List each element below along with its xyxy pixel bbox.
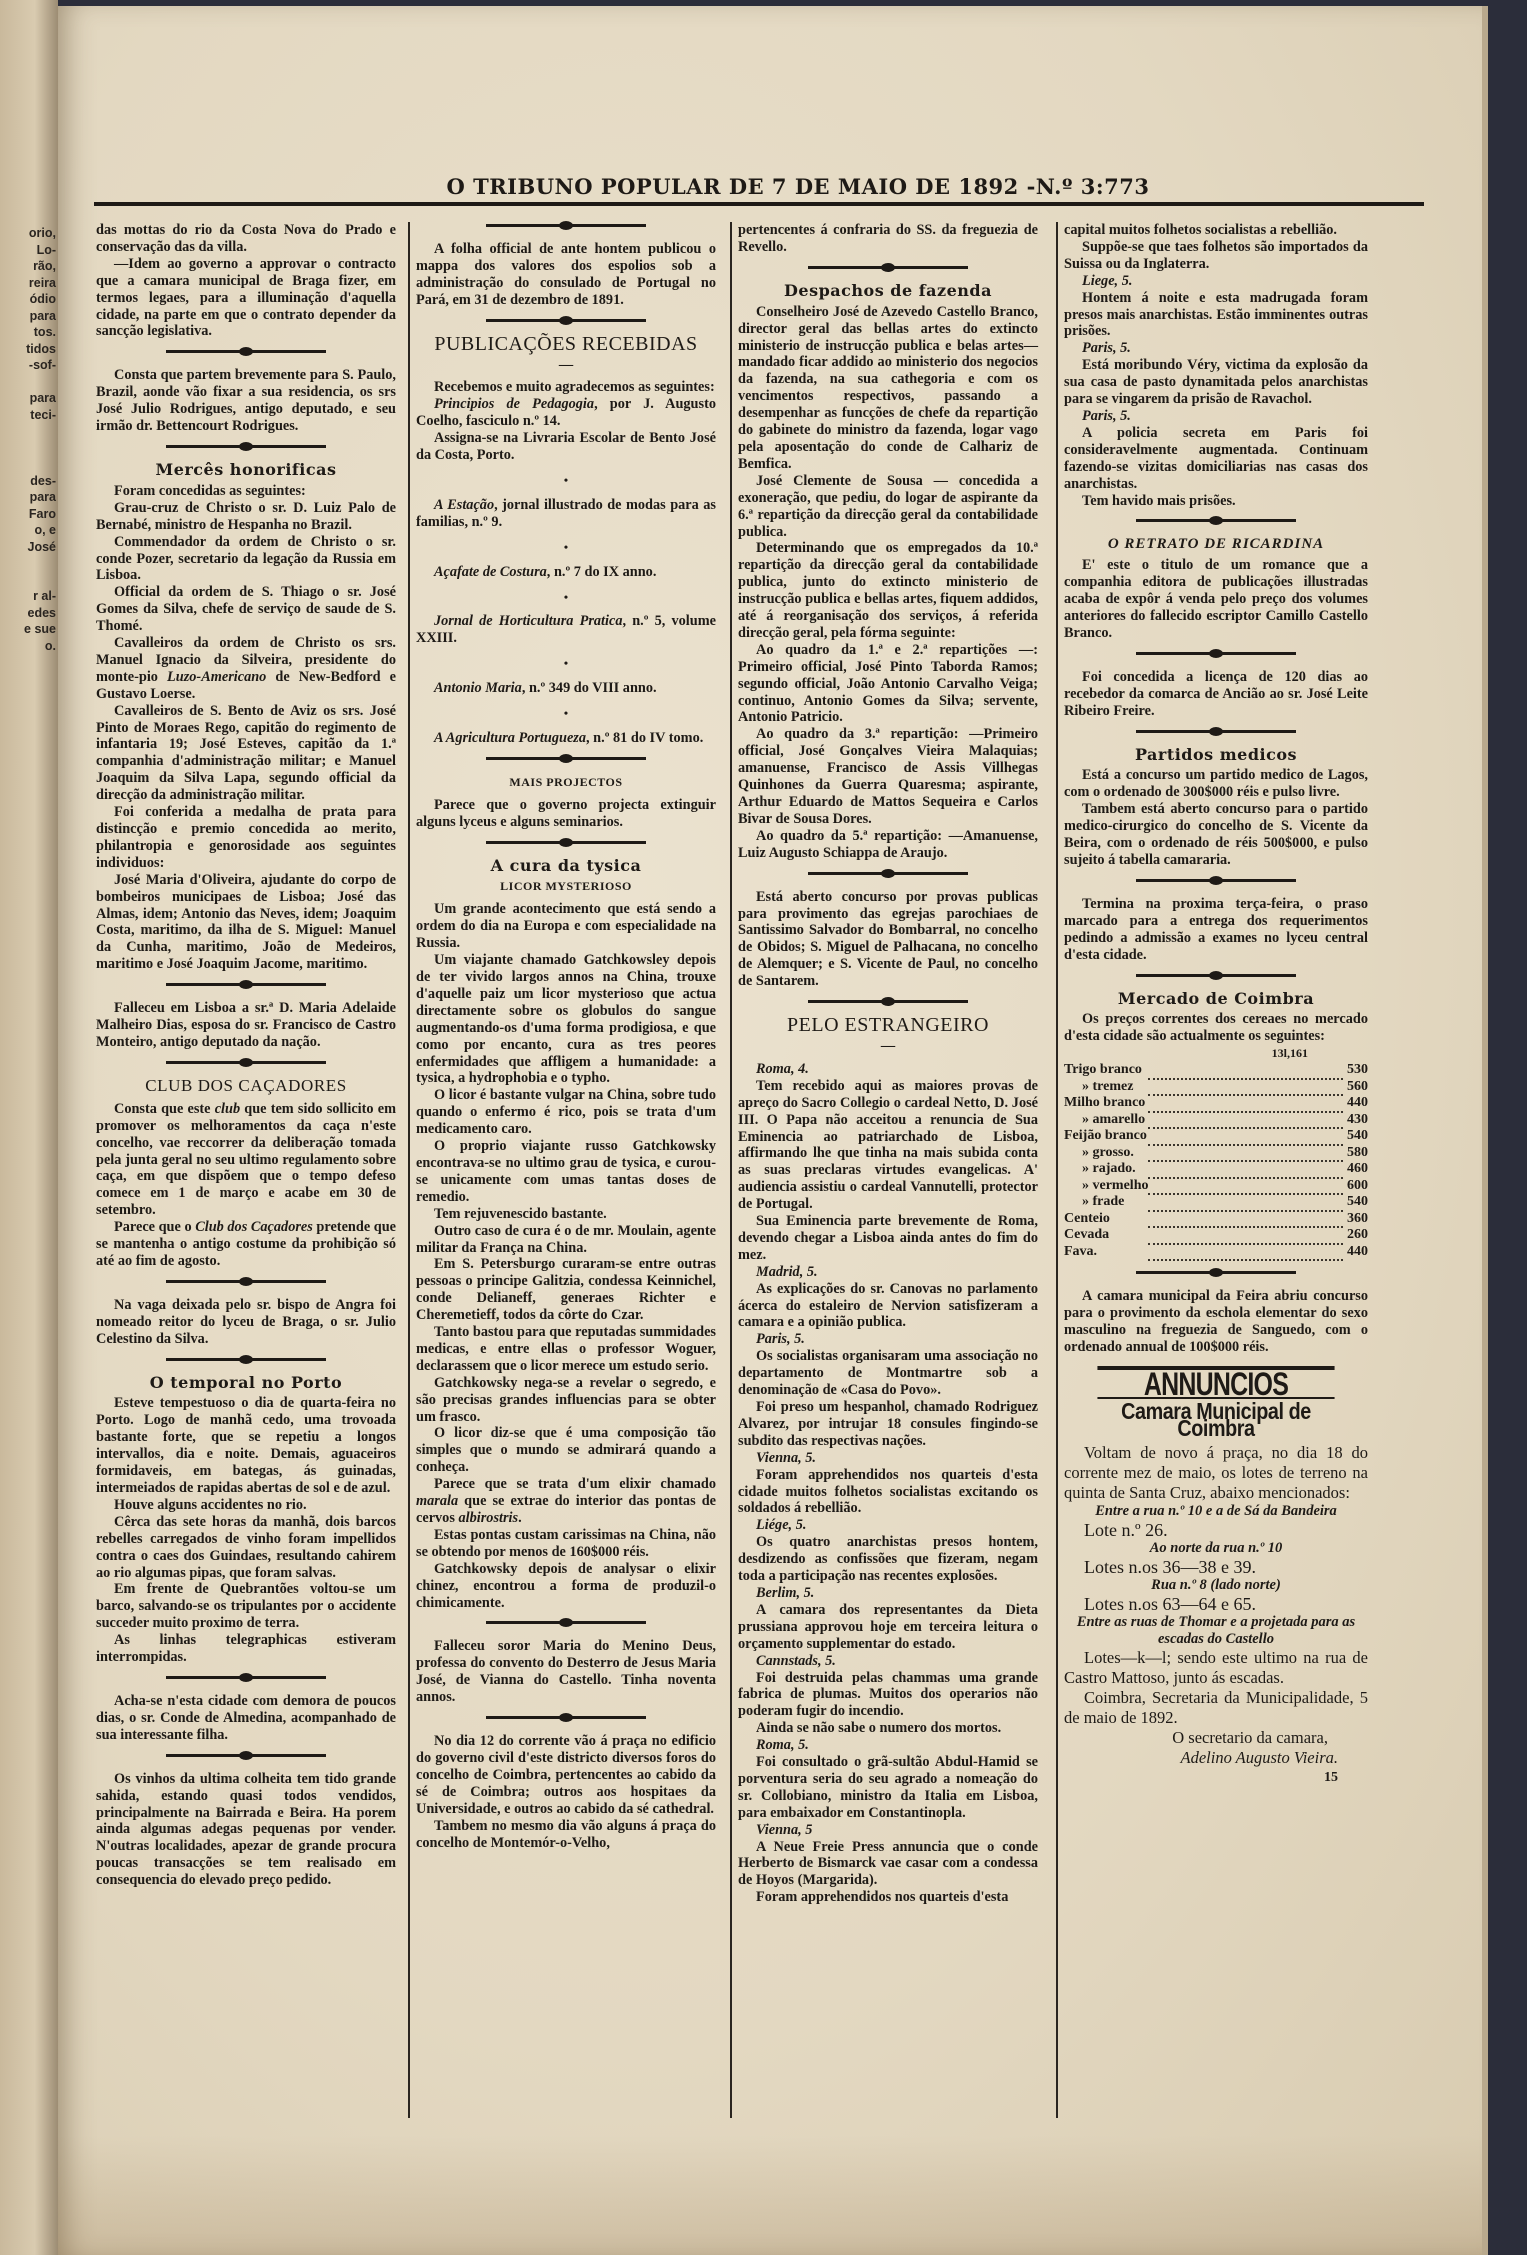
- article-text: José Maria d'Oliveira, ajudante do corpo…: [96, 872, 396, 973]
- article-text: Conselheiro José de Azevedo Castello Bra…: [738, 304, 1038, 473]
- section-heading-club: CLUB DOS CAÇADORES: [96, 1078, 396, 1095]
- price-label: Feijão branco: [1064, 1128, 1148, 1145]
- price-value: 460: [1343, 1161, 1368, 1178]
- text-fragment: Lo-: [2, 242, 56, 259]
- text-fragment: orio,: [2, 225, 56, 242]
- column-4: capital muitos folhetos socialistas a re…: [1064, 222, 1368, 1788]
- article-text: Em frente de Quebrantões voltou-se um ba…: [96, 1581, 396, 1632]
- article-text: José Clemente de Sousa — concedida a exo…: [738, 473, 1038, 541]
- price-label: » grosso.: [1064, 1145, 1148, 1162]
- article-text: Tem rejuvenescido bastante.: [416, 1206, 716, 1223]
- bullet-separator: •: [416, 539, 716, 556]
- article-text: Ao quadro da 1.ª e 2.ª repartições —: Pr…: [738, 642, 1038, 727]
- leader-dots: [1148, 1222, 1343, 1239]
- camara-heading: Camara Municipal de Coimbra: [1085, 1403, 1346, 1437]
- news-text: Tem havido mais prisões.: [1064, 493, 1368, 510]
- news-dateline: Vienna, 5: [738, 1822, 1038, 1839]
- article-text: Um grande acontecimento que está sendo a…: [416, 901, 716, 952]
- column-2: A folha official de ante hontem publicou…: [416, 222, 716, 1851]
- ornament-divider: [1136, 879, 1296, 882]
- price-label: Cevada: [1064, 1227, 1148, 1244]
- section-heading-cura: A cura da tysica: [416, 858, 716, 875]
- news-dateline: Cannstads, 5.: [738, 1653, 1038, 1670]
- publication-title: Açafate de Costura: [434, 564, 547, 580]
- publication-title: Jornal de Horticultura Pratica: [434, 613, 622, 629]
- article-text: Houve alguns accidentes no rio.: [96, 1497, 396, 1514]
- text-fragment: [2, 572, 56, 589]
- article-text: O licor é bastante vulgar na China, sobr…: [416, 1087, 716, 1138]
- publication-title: Antonio Maria: [434, 680, 522, 696]
- leader-dots: [1148, 1189, 1343, 1206]
- article-text: Foi conferida a medalha de prata para di…: [96, 804, 396, 872]
- text-fragment: des-: [2, 473, 56, 490]
- price-value: 440: [1343, 1244, 1368, 1261]
- ornament-divider: [1136, 974, 1296, 977]
- article-text: Suppõe-se que taes folhetos são importad…: [1064, 239, 1368, 273]
- publication-item: Principios de Pedagogia, por J. Augusto …: [416, 396, 716, 430]
- text-fragment: ódio: [2, 291, 56, 308]
- article-text: Acha-se n'esta cidade com demora de pouc…: [96, 1693, 396, 1744]
- leader-dots: [1148, 1057, 1343, 1074]
- foreign-news-list-cont: Liege, 5.Hontem á noite e esta madrugada…: [1064, 273, 1368, 510]
- price-value: 580: [1343, 1145, 1368, 1162]
- price-value: 440: [1343, 1095, 1368, 1112]
- column-3: pertencentes á confraria do SS. da fregu…: [738, 222, 1038, 1906]
- text-fragment: [2, 374, 56, 391]
- cura-article-end: Estas pontas custam carissimas na China,…: [416, 1527, 716, 1612]
- article-text: Consta que partem brevemente para S. Pau…: [96, 367, 396, 435]
- article-text: Parece que o governo projecta extinguir …: [416, 797, 716, 831]
- article-text: Está a concurso um partido medico de Lag…: [1064, 767, 1368, 801]
- article-text: As linhas telegraphicas estiveram interr…: [96, 1632, 396, 1666]
- ornament-divider: [166, 350, 326, 353]
- ad-signature-title: O secretario da camara,: [1064, 1728, 1368, 1748]
- article-text: Cavalleiros de S. Bento de Aviz os srs. …: [96, 703, 396, 804]
- news-text: Sua Eminencia parte brevemente de Roma, …: [738, 1213, 1038, 1264]
- news-text: A policia secreta em Paris foi considera…: [1064, 425, 1368, 493]
- publication-title: A Agricultura Portugueza: [434, 730, 586, 746]
- bullet-separator: •: [416, 655, 716, 672]
- section-heading-despachos: Despachos de fazenda: [738, 283, 1038, 300]
- news-text: Hontem á noite e esta madrugada foram pr…: [1064, 290, 1368, 341]
- leader-dots: [1148, 1239, 1343, 1256]
- article-text: Em S. Petersburgo curaram-se entre outra…: [416, 1256, 716, 1324]
- price-label: Milho branco: [1064, 1095, 1148, 1112]
- ornament-divider: [1136, 519, 1296, 522]
- ad-lot: Lote n.º 26.: [1064, 1520, 1368, 1540]
- article-text: Tambem no mesmo dia vão alguns á praça d…: [416, 1818, 716, 1852]
- news-dateline: Liege, 5.: [1064, 273, 1368, 290]
- article-text: A camara municipal da Feira abriu concur…: [1064, 1288, 1368, 1356]
- subheading-licor: LICOR MYSTERIOSO: [416, 878, 716, 895]
- ornament-divider: [808, 1000, 968, 1003]
- article-text: A folha official de ante hontem publicou…: [416, 241, 716, 309]
- article-text: Official da ordem de S. Thiago o sr. Jos…: [96, 584, 396, 635]
- news-text: Foi consultado o grã-sultão Abdul-Hamid …: [738, 1754, 1038, 1822]
- ad-location: Entre a rua n.º 10 e a de Sá da Bandeira: [1064, 1503, 1368, 1520]
- text-fragment: r al-: [2, 588, 56, 605]
- article-text: Os preços correntes dos cereaes no merca…: [1064, 1011, 1368, 1045]
- publication-item: A Agricultura Portugueza, n.º 81 do IV t…: [416, 730, 716, 747]
- ornament-divider: [486, 224, 646, 227]
- column-divider: [1056, 222, 1058, 2118]
- news-dateline: Liége, 5.: [738, 1517, 1038, 1534]
- newspaper-page: O TRIBUNO POPULAR DE 7 DE MAIO DE 1892 -…: [58, 6, 1488, 2255]
- article-text: Esteve tempestuoso o dia de quarta-feira…: [96, 1395, 396, 1496]
- heading-dash: —: [738, 1038, 1038, 1055]
- text-fragment: Faro: [2, 506, 56, 523]
- despachos-article: Conselheiro José de Azevedo Castello Bra…: [738, 304, 1038, 862]
- article-text: Gatchkowsky depois de analysar o elixir …: [416, 1561, 716, 1612]
- ornament-divider: [166, 445, 326, 448]
- leader-dots: [1148, 1074, 1343, 1091]
- section-heading-publicacoes: PUBLICAÇÕES RECEBIDAS: [416, 336, 716, 353]
- news-dateline: Roma, 4.: [738, 1061, 1038, 1078]
- text-fragment: tos.: [2, 324, 56, 341]
- price-label: » amarello: [1064, 1112, 1148, 1129]
- text-fragment: [2, 456, 56, 473]
- news-dateline: Paris, 5.: [1064, 340, 1368, 357]
- price-value: 360: [1343, 1211, 1368, 1228]
- ornament-divider: [166, 1280, 326, 1283]
- text-fragment: edes: [2, 605, 56, 622]
- article-text: Termina na proxima terça-feira, o praso …: [1064, 896, 1368, 964]
- publication-detail: , n.º 81 do IV tomo.: [586, 730, 703, 746]
- column-1: das mottas do rio da Costa Nova do Prado…: [96, 222, 396, 1889]
- text-fragment: -sof-: [2, 357, 56, 374]
- article-text: Tanto bastou para que reputadas summidad…: [416, 1324, 716, 1375]
- price-value: 260: [1343, 1227, 1368, 1244]
- article-text: Falleceu soror Maria do Menino Deus, pro…: [416, 1638, 716, 1706]
- article-text: pertencentes á confraria do SS. da fregu…: [738, 222, 1038, 256]
- previous-page-text-fragments: orio,Lo-rão,reiraódioparatos.tidos-sof- …: [2, 225, 56, 654]
- price-value: 540: [1343, 1128, 1368, 1145]
- text-fragment: e sue: [2, 621, 56, 638]
- news-text: As explicações do sr. Canovas no parlame…: [738, 1281, 1038, 1332]
- news-dateline: Roma, 5.: [738, 1737, 1038, 1754]
- article-text: O licor diz-se que é uma composição tão …: [416, 1425, 716, 1476]
- article-text: Commendador da ordem de Christo o sr. co…: [96, 534, 396, 585]
- ornament-divider: [808, 872, 968, 875]
- price-label: » tremez: [1064, 1079, 1148, 1096]
- column-divider: [730, 222, 732, 2118]
- ad-lot: Lotes—k—l; sendo este ultimo na rua de C…: [1064, 1648, 1368, 1688]
- article-text: capital muitos folhetos socialistas a re…: [1064, 222, 1368, 239]
- news-text: Foram apprehendidos nos quarteis d'esta …: [738, 1467, 1038, 1518]
- article-text: Consta que este club que tem sido sollic…: [96, 1101, 396, 1219]
- publication-item: Assigna-se na Livraria Escolar de Bento …: [416, 430, 716, 464]
- price-label: » rajado.: [1064, 1161, 1148, 1178]
- text-fragment: tidos: [2, 341, 56, 358]
- news-dateline: Paris, 5.: [738, 1331, 1038, 1348]
- leader-dots: [1148, 1206, 1343, 1223]
- article-text: Determinando que os empregados da 10.ª r…: [738, 540, 1038, 641]
- article-text: Foram concedidas as seguintes:: [96, 483, 396, 500]
- text-fragment: [2, 555, 56, 572]
- price-label: Trigo branco: [1064, 1062, 1148, 1079]
- ornament-divider: [486, 757, 646, 760]
- article-text: —Idem ao governo a approvar o contracto …: [96, 256, 396, 341]
- publication-item: Açafate de Costura, n.º 7 do IX anno.: [416, 564, 716, 581]
- publication-item: Antonio Maria, n.º 349 do VIII anno.: [416, 680, 716, 697]
- publication-title: Principios de Pedagogia: [434, 396, 594, 412]
- ornament-divider: [486, 319, 646, 322]
- price-label: » frade: [1064, 1194, 1148, 1211]
- news-dateline: Berlim, 5.: [738, 1585, 1038, 1602]
- article-text: Estas pontas custam carissimas na China,…: [416, 1527, 716, 1561]
- masthead-rule: [94, 202, 1424, 206]
- price-label: Centeio: [1064, 1211, 1148, 1228]
- publication-detail: Assigna-se na Livraria Escolar de Bento …: [416, 430, 716, 463]
- news-dateline: Madrid, 5.: [738, 1264, 1038, 1281]
- publication-item: A Estação, jornal illustrado de modas pa…: [416, 497, 716, 531]
- annuncios-heading: ANNUNCIOS: [1097, 1366, 1334, 1399]
- bullet-separator: •: [416, 589, 716, 606]
- section-heading-projectos: MAIS PROJECTOS: [416, 774, 716, 791]
- news-text: Tem recebido aqui as maiores provas de a…: [738, 1078, 1038, 1213]
- text-fragment: [2, 440, 56, 457]
- price-label: » vermelho: [1064, 1178, 1148, 1195]
- ad-location: Ao norte da rua n.º 10: [1064, 1540, 1368, 1557]
- ornament-divider: [166, 1061, 326, 1064]
- column-divider: [408, 222, 410, 2118]
- publication-detail: , n.º 7 do IX anno.: [547, 564, 657, 580]
- text-fragment: o.: [2, 638, 56, 655]
- ad-text: Voltam de novo á praça, no dia 18 do cor…: [1064, 1443, 1368, 1503]
- cura-article: Um grande acontecimento que está sendo a…: [416, 901, 716, 1476]
- text-fragment: José: [2, 539, 56, 556]
- ad-signature-name: Adelino Augusto Vieira.: [1064, 1748, 1368, 1768]
- heading-dash: —: [416, 357, 716, 374]
- news-dateline: Paris, 5.: [1064, 408, 1368, 425]
- advertisement-camara: Voltam de novo á praça, no dia 18 do cor…: [1064, 1443, 1368, 1788]
- leader-dots: [1148, 1123, 1343, 1140]
- news-text: A Neue Freie Press annuncia que o conde …: [738, 1839, 1038, 1890]
- section-heading-partidos: Partidos medicos: [1064, 747, 1368, 764]
- publication-item: Jornal de Horticultura Pratica, n.º 5, v…: [416, 613, 716, 647]
- article-text: Os vinhos da ultima colheita tem tido gr…: [96, 1771, 396, 1889]
- ornament-divider: [1136, 652, 1296, 655]
- text-fragment: o, e: [2, 522, 56, 539]
- text-fragment: [2, 423, 56, 440]
- section-heading-merces: Mercês honorificas: [96, 462, 396, 479]
- article-text: Falleceu em Lisboa a sr.ª D. Maria Adela…: [96, 1000, 396, 1051]
- ad-place-date: Coimbra, Secretaria da Municipalidade, 5…: [1064, 1688, 1368, 1728]
- foreign-news-list: Roma, 4.Tem recebido aqui as maiores pro…: [738, 1061, 1038, 1906]
- news-text: Ainda se não sabe o numero dos mortos.: [738, 1720, 1038, 1737]
- article-text: Ao quadro da 3.ª repartição: —Primeiro o…: [738, 726, 1038, 827]
- bullet-separator: •: [416, 472, 716, 489]
- article-text: Ao quadro da 5.ª repartição: —Amanuense,…: [738, 828, 1038, 862]
- leader-dots: [1148, 1107, 1343, 1124]
- publication-title: A Estação: [434, 497, 494, 513]
- article-text: Um viajante chamado Gatchkowsley depois …: [416, 952, 716, 1087]
- article-text: Na vaga deixada pelo sr. bispo de Angra …: [96, 1297, 396, 1348]
- ornament-divider: [1136, 1271, 1296, 1274]
- masthead: O TRIBUNO POPULAR DE 7 DE MAIO DE 1892 -…: [398, 174, 1198, 199]
- ornament-divider: [166, 1676, 326, 1679]
- section-heading-retrato: O RETRATO DE RICARDINA: [1064, 536, 1368, 553]
- publications-list: Principios de Pedagogia, por J. Augusto …: [416, 396, 716, 747]
- article-text: Gatchkowsky nega-se a revelar o segredo,…: [416, 1375, 716, 1426]
- leader-dots: [1148, 1140, 1343, 1157]
- section-heading-estrangeiro: PELO ESTRANGEIRO: [738, 1017, 1038, 1034]
- text-fragment: para: [2, 308, 56, 325]
- news-text: Foi destruida pelas chammas uma grande f…: [738, 1670, 1038, 1721]
- article-text: Está aberto concurso por provas publicas…: [738, 889, 1038, 990]
- text-fragment: rão,: [2, 258, 56, 275]
- text-fragment: teci-: [2, 407, 56, 424]
- price-value: 530: [1343, 1062, 1368, 1079]
- article-text: das mottas do rio da Costa Nova do Prado…: [96, 222, 396, 256]
- leader-dots: [1148, 1173, 1343, 1190]
- ornament-divider: [808, 266, 968, 269]
- ad-location: Rua n.º 8 (lado norte): [1064, 1577, 1368, 1594]
- leader-dots: [1148, 1090, 1343, 1107]
- price-value: 560: [1343, 1079, 1368, 1096]
- article-text: Cêrca das sete horas da manhã, dois barc…: [96, 1514, 396, 1582]
- news-text: Os socialistas organisaram uma associaçã…: [738, 1348, 1038, 1399]
- ornament-divider: [1136, 730, 1296, 733]
- bullet-separator: •: [416, 705, 716, 722]
- price-label: Fava.: [1064, 1244, 1148, 1261]
- ornament-divider: [486, 1621, 646, 1624]
- ornament-divider: [486, 1716, 646, 1719]
- article-text: Recebemos e muito agradecemos as seguint…: [416, 379, 716, 396]
- article-text: O proprio viajante russo Gatchkowsky enc…: [416, 1138, 716, 1206]
- ornament-divider: [166, 1358, 326, 1361]
- section-heading-mercado: Mercado de Coimbra: [1064, 991, 1368, 1008]
- ad-lot: Lotes n.os 63—64 e 65.: [1064, 1594, 1368, 1614]
- article-text: No dia 12 do corrente vão á praça no edi…: [416, 1733, 716, 1818]
- section-heading-temporal: O temporal no Porto: [96, 1375, 396, 1392]
- ad-number: 15: [1064, 1768, 1368, 1788]
- article-text: Grau-cruz de Christo o sr. D. Luiz Palo …: [96, 500, 396, 534]
- text-fragment: para: [2, 390, 56, 407]
- price-value: 540: [1343, 1194, 1368, 1211]
- article-text: E' este o titulo de um romance que a com…: [1064, 557, 1368, 642]
- article-text: Outro caso de cura é o de mr. Moulain, a…: [416, 1223, 716, 1257]
- ornament-divider: [486, 841, 646, 844]
- leader-dots: [1148, 1156, 1343, 1173]
- article-text: Parece que o Club dos Caçadores pretende…: [96, 1219, 396, 1270]
- previous-page-edge: orio,Lo-rão,reiraódioparatos.tidos-sof- …: [0, 0, 58, 2255]
- news-text: Foi preso um hespanhol, chamado Rodrigue…: [738, 1399, 1038, 1450]
- page-shadow: [58, 2135, 1482, 2255]
- price-row: Fava.440: [1064, 1244, 1368, 1261]
- ornament-divider: [166, 1754, 326, 1757]
- article-text: Tambem está aberto concurso para o parti…: [1064, 801, 1368, 869]
- article-text: Parece que se trata d'um elixir chamado …: [416, 1476, 716, 1527]
- ornament-divider: [166, 983, 326, 986]
- price-value: 600: [1343, 1178, 1368, 1195]
- ad-lot: Lotes n.os 36—38 e 39.: [1064, 1557, 1368, 1577]
- price-table: Trigo branco530» tremez560Milho branco44…: [1064, 1062, 1368, 1261]
- article-text: Foi concedida a licença de 120 dias ao r…: [1064, 669, 1368, 720]
- article-text: Cavalleiros da ordem de Christo os srs. …: [96, 635, 396, 703]
- text-fragment: para: [2, 489, 56, 506]
- publication-detail: , n.º 349 do VIII anno.: [522, 680, 657, 696]
- news-text: Está moribundo Véry, victima da explosão…: [1064, 357, 1368, 408]
- news-text: Os quatro anarchistas presos hontem, des…: [738, 1534, 1038, 1585]
- price-value: 430: [1343, 1112, 1368, 1129]
- news-dateline: Vienna, 5.: [738, 1450, 1038, 1467]
- news-text: Foram apprehendidos nos quarteis d'esta: [738, 1889, 1038, 1906]
- text-fragment: reira: [2, 275, 56, 292]
- ad-location: Entre as ruas de Thomar e a projetada pa…: [1064, 1614, 1368, 1648]
- news-text: A camara dos representantes da Dieta pru…: [738, 1602, 1038, 1653]
